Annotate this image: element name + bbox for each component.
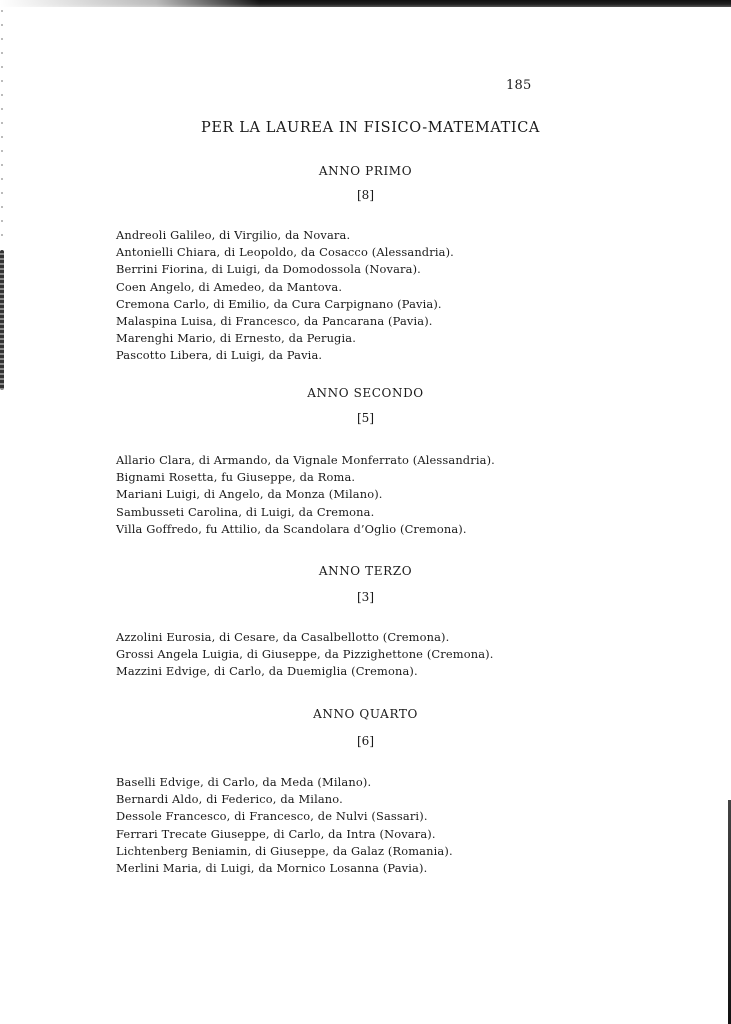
student-list-anno-primo: Andreoli Galileo, di Virgilio, da Novara… xyxy=(116,227,454,365)
student-entry: Antonielli Chiara, di Leopoldo, da Cosac… xyxy=(116,244,454,261)
section-heading-anno-primo: ANNO PRIMO xyxy=(0,164,731,178)
student-entry: Mazzini Edvige, di Carlo, da Duemiglia (… xyxy=(116,663,494,680)
section-count-anno-quarto: [6] xyxy=(0,734,731,748)
student-entry: Allario Clara, di Armando, da Vignale Mo… xyxy=(116,452,495,469)
student-entry: Bernardi Aldo, di Federico, da Milano. xyxy=(116,791,453,808)
page-number: 185 xyxy=(506,78,531,93)
student-entry: Marenghi Mario, di Ernesto, da Perugia. xyxy=(116,330,454,347)
student-entry: Dessole Francesco, di Francesco, de Nulv… xyxy=(116,808,453,825)
section-count-anno-terzo: [3] xyxy=(0,590,731,604)
student-entry: Bignami Rosetta, fu Giuseppe, da Roma. xyxy=(116,469,495,486)
scan-top-edge-fade xyxy=(0,0,260,7)
student-entry: Cremona Carlo, di Emilio, da Cura Carpig… xyxy=(116,296,454,313)
student-entry: Baselli Edvige, di Carlo, da Meda (Milan… xyxy=(116,774,453,791)
page-title: PER LA LAUREA IN FISICO-MATEMATICA xyxy=(0,120,731,136)
student-entry: Villa Goffredo, fu Attilio, da Scandolar… xyxy=(116,521,495,538)
student-entry: Lichtenberg Beniamin, di Giuseppe, da Ga… xyxy=(116,843,453,860)
student-list-anno-secondo: Allario Clara, di Armando, da Vignale Mo… xyxy=(116,452,495,538)
student-entry: Berrini Fiorina, di Luigi, da Domodossol… xyxy=(116,261,454,278)
student-entry: Sambusseti Carolina, di Luigi, da Cremon… xyxy=(116,504,495,521)
student-entry: Andreoli Galileo, di Virgilio, da Novara… xyxy=(116,227,454,244)
section-heading-anno-terzo: ANNO TERZO xyxy=(0,564,731,578)
student-entry: Azzolini Eurosia, di Cesare, da Casalbel… xyxy=(116,629,494,646)
student-list-anno-terzo: Azzolini Eurosia, di Cesare, da Casalbel… xyxy=(116,629,494,681)
section-heading-anno-secondo: ANNO SECONDO xyxy=(0,386,731,400)
student-list-anno-quarto: Baselli Edvige, di Carlo, da Meda (Milan… xyxy=(116,774,453,877)
student-entry: Merlini Maria, di Luigi, da Mornico Losa… xyxy=(116,860,453,877)
scan-left-binding-edge xyxy=(0,250,4,390)
student-entry: Mariani Luigi, di Angelo, da Monza (Mila… xyxy=(116,486,495,503)
section-heading-anno-quarto: ANNO QUARTO xyxy=(0,707,731,721)
student-entry: Malaspina Luisa, di Francesco, da Pancar… xyxy=(116,313,454,330)
section-count-anno-primo: [8] xyxy=(0,188,731,202)
section-count-anno-secondo: [5] xyxy=(0,411,731,425)
student-entry: Grossi Angela Luigia, di Giuseppe, da Pi… xyxy=(116,646,494,663)
student-entry: Ferrari Trecate Giuseppe, di Carlo, da I… xyxy=(116,826,453,843)
student-entry: Pascotto Libera, di Luigi, da Pavia. xyxy=(116,347,454,364)
student-entry: Coen Angelo, di Amedeo, da Mantova. xyxy=(116,279,454,296)
